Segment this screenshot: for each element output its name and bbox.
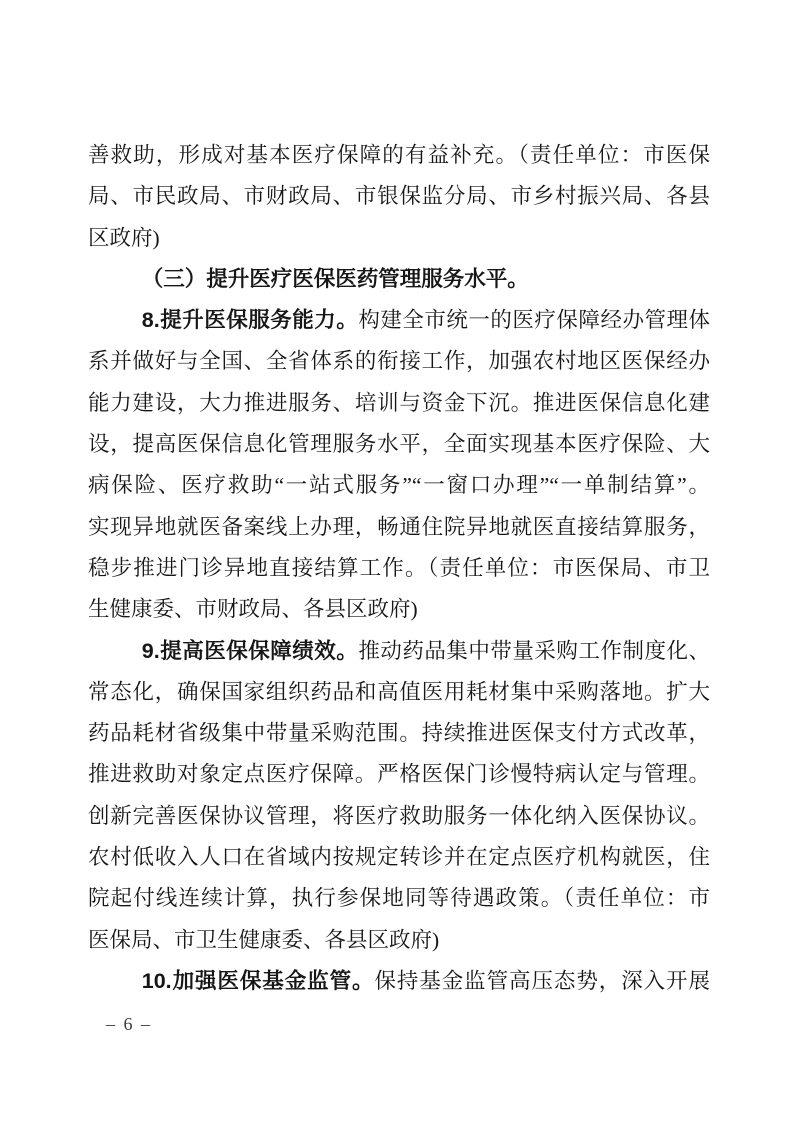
document-line: 能力建设，大力推进服务、培训与资金下沉。推进医保信息化建 <box>88 383 710 424</box>
document-page: 善救助，形成对基本医疗保障的有益补充。（责任单位：市医保局、市民政局、市财政局、… <box>0 0 793 1122</box>
text-segment: 区政府) <box>88 226 160 250</box>
text-segment: 医保局、市卫生健康委、各县区政府) <box>88 928 439 952</box>
text-segment: 院起付线连续计算，执行参保地同等待遇政策。（责任单位：市 <box>88 886 710 910</box>
document-line: 药品耗材省级集中带量采购范围。持续推进医保支付方式改革， <box>88 713 710 754</box>
bold-text-segment: 9.提高医保保障绩效。 <box>142 639 359 663</box>
document-line: 10.加强医保基金监管。保持基金监管高压态势，深入开展 <box>88 961 710 1002</box>
bold-text-segment: 10.加强医保基金监管。 <box>142 969 375 993</box>
text-segment: 推进救助对象定点医疗保障。严格医保门诊慢特病认定与管理。 <box>88 762 710 786</box>
document-line: 病保险、医疗救助“一站式服务”“一窗口办理”“一单制结算”。 <box>88 465 710 506</box>
text-segment: 病保险、医疗救助“一站式服务”“一窗口办理”“一单制结算”。 <box>88 473 710 497</box>
text-segment: 稳步推进门诊异地直接结算工作。（责任单位：市医保局、市卫 <box>88 556 710 580</box>
document-line: 善救助，形成对基本医疗保障的有益补充。（责任单位：市医保 <box>88 135 710 176</box>
document-line: 局、市民政局、市财政局、市银保监分局、市乡村振兴局、各县 <box>88 176 710 217</box>
document-line: 创新完善医保协议管理，将医疗救助服务一体化纳入医保协议。 <box>88 796 710 837</box>
text-segment: 农村低收入人口在省域内按规定转诊并在定点医疗机构就医，住 <box>88 845 710 869</box>
text-segment: 局、市民政局、市财政局、市银保监分局、市乡村振兴局、各县 <box>88 184 710 208</box>
document-line: 系并做好与全国、全省体系的衔接工作，加强农村地区医保经办 <box>88 341 710 382</box>
text-segment: 设，提高医保信息化管理服务水平，全面实现基本医疗保险、大 <box>88 432 710 456</box>
text-segment: 实现异地就医备案线上办理，畅通住院异地就医直接结算服务， <box>88 515 710 539</box>
document-line: 生健康委、市财政局、各县区政府) <box>88 589 710 630</box>
document-line: 实现异地就医备案线上办理，畅通住院异地就医直接结算服务， <box>88 507 710 548</box>
document-line: 9.提高医保保障绩效。推动药品集中带量采购工作制度化、 <box>88 631 710 672</box>
text-segment: 善救助，形成对基本医疗保障的有益补充。（责任单位：市医保 <box>88 143 710 167</box>
text-segment: 构建全市统一的医疗保障经办管理体 <box>358 308 710 332</box>
bold-text-segment: 8.提升医保服务能力。 <box>142 308 359 332</box>
document-body: 善救助，形成对基本医疗保障的有益补充。（责任单位：市医保局、市民政局、市财政局、… <box>88 135 710 1002</box>
text-segment: 保持基金监管高压态势，深入开展 <box>374 969 710 993</box>
document-line: 稳步推进门诊异地直接结算工作。（责任单位：市医保局、市卫 <box>88 548 710 589</box>
document-line: 8.提升医保服务能力。构建全市统一的医疗保障经办管理体 <box>88 300 710 341</box>
document-line: 农村低收入人口在省域内按规定转诊并在定点医疗机构就医，住 <box>88 837 710 878</box>
text-segment: 生健康委、市财政局、各县区政府) <box>88 597 418 621</box>
page-number: – 6 – <box>106 1013 152 1035</box>
text-segment: 推动药品集中带量采购工作制度化、 <box>358 639 710 663</box>
text-segment: 常态化，确保国家组织药品和高值医用耗材集中采购落地。扩大 <box>88 680 710 704</box>
document-line: 院起付线连续计算，执行参保地同等待遇政策。（责任单位：市 <box>88 878 710 919</box>
document-line: 医保局、市卫生健康委、各县区政府) <box>88 920 710 961</box>
text-segment: 创新完善医保协议管理，将医疗救助服务一体化纳入医保协议。 <box>88 804 710 828</box>
document-line: 推进救助对象定点医疗保障。严格医保门诊慢特病认定与管理。 <box>88 754 710 795</box>
document-line: 常态化，确保国家组织药品和高值医用耗材集中采购落地。扩大 <box>88 672 710 713</box>
text-segment: 系并做好与全国、全省体系的衔接工作，加强农村地区医保经办 <box>88 349 710 373</box>
text-segment: 能力建设，大力推进服务、培训与资金下沉。推进医保信息化建 <box>88 391 710 415</box>
document-line: 设，提高医保信息化管理服务水平，全面实现基本医疗保险、大 <box>88 424 710 465</box>
bold-text-segment: （三）提升医疗医保医药管理服务水平。 <box>142 267 529 291</box>
text-segment: 药品耗材省级集中带量采购范围。持续推进医保支付方式改革， <box>88 721 710 745</box>
document-line: 区政府) <box>88 218 710 259</box>
document-line: （三）提升医疗医保医药管理服务水平。 <box>88 259 710 300</box>
